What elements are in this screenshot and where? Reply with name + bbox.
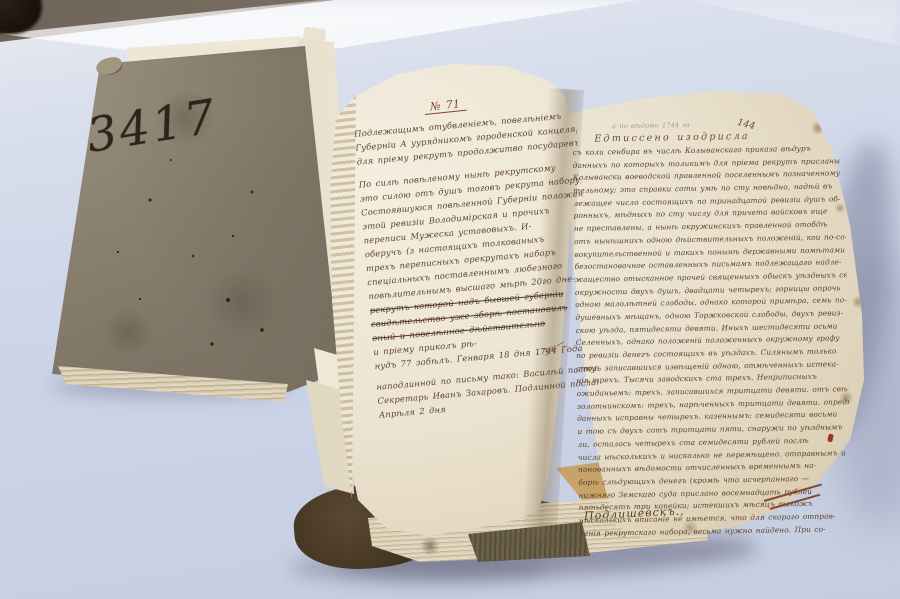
right-page-body: съ коли сенбира въ числѣ Колыванскаго пр… — [572, 142, 851, 540]
left-page-manuscript: № 71 Подлежащимъ отубвленiемъ, повелѣнiе… — [352, 89, 601, 422]
right-page-manuscript: а по вѣдомо 1744 га Едтиссено изодрисла … — [572, 117, 851, 540]
photograph-scene: 3417 № 71 Подлежащимъ отубвленiемъ, пове… — [0, 0, 900, 599]
document-number-heading: № 71 — [424, 98, 467, 115]
left-page-paragraph-2: По силѣ повѣленому нынѣ рекрутскомуэто с… — [358, 158, 590, 303]
